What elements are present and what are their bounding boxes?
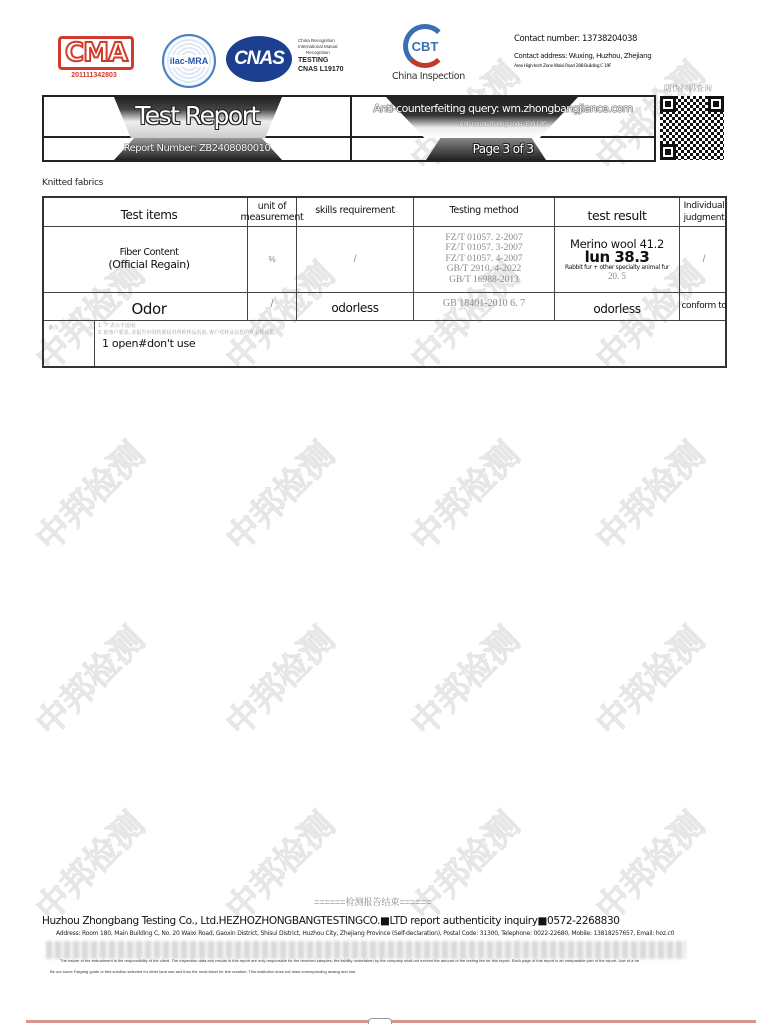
cnas-accreditation-text: China Recognition International Mutual R… [298,38,344,74]
footer-blurred-text [46,941,686,959]
odor-testing-method: GB 18401-2010 6. 7 [414,292,554,316]
cnas-mark: CNAS [234,48,284,70]
remark-note: 2. 依客户要求, 本报告中的结果仅对所检样品负责, 客户对样品信息的真实性负责… [98,330,279,337]
report-number: Report Number: ZB2408080010 [44,143,350,154]
footer-disclaimer: The nature of the entrustment is the res… [60,958,639,963]
watermark: 中邦检测 [23,429,154,560]
fiber-judgment: / [680,226,728,292]
contact-address-detail: Area High-tech Zone Waixi Road 288 Build… [514,64,651,69]
ilac-mra-logo: ilac-MRA [162,34,216,88]
contact-number: Contact number: 13738204038 [514,34,651,44]
end-of-report-mark: ======检测报告结束====== [314,895,431,908]
odor-test-result: odorless [555,295,679,323]
footer-company: Huzhou Zhongbang Testing Co., Ltd.HEZHOZ… [42,915,620,927]
cma-mark: CMA [58,36,134,70]
watermark: 中邦检测 [583,429,714,560]
watermark: 中邦检测 [398,429,529,560]
ilac-label: ilac-MRA [169,55,210,67]
odor-unit: / [247,292,297,316]
anti-counterfeit-code: Anti-counterfeiting code: EYU.20 [352,122,654,128]
report-title-block: Test Report Anti-counterfeiting query: w… [42,95,656,162]
watermark: 中邦检测 [213,429,344,560]
qr-finder [660,144,676,160]
header-judgment-line: Individual [684,200,725,212]
watermark: 中邦检测 [213,799,344,930]
header-testing-method: Testing method [414,196,554,224]
header-test-result: test result [555,201,679,229]
header-judgment-line: judgment [684,212,725,224]
odor-skills-requirement: odorless [297,294,413,322]
fiber-testing-methods: FZ/T 01057. 2-2007 FZ/T 01057. 3-2007 FZ… [414,226,554,292]
footer-address: Address: Room 180, Main Building C, No. … [56,930,674,937]
watermark: 中邦检测 [23,614,154,745]
report-title: Test Report [44,101,350,130]
method-standard: FZ/T 01057. 2-2007 [445,233,522,244]
cbt-mark: CBT [412,39,439,54]
fiber-test-result: Merino wool 41.2 lun 38.3 Rabbit fur + o… [555,226,679,292]
qr-finder [708,96,724,112]
cma-logo: CMA 201111342803 [58,36,130,79]
contact-info: Contact number: 13738204038 Contact addr… [514,34,651,69]
page-bottom-tab [368,1018,392,1024]
watermark: 中邦检测 [213,614,344,745]
cbt-caption: China Inspection [392,71,458,82]
header-test-items: Test items [44,201,254,229]
fiber-unit: % [247,226,297,292]
cnas-testing: TESTING [298,56,344,65]
method-standard: GB/T 2910. 4-2022 [447,264,522,275]
cma-number: 201111342803 [58,72,130,79]
table-row-fiber-content-item: Fiber Content (Official Regain) [44,226,254,292]
contact-address: Contact address: Wuxing, Huzhou, Zhejian… [514,52,651,60]
remarks-label: 备注: [48,324,59,331]
test-results-table: Test items unit of measurement skills re… [42,196,727,368]
table-row-odor-item: Odor [44,295,254,323]
sample-category: Knitted fabrics [42,178,103,188]
result-rabbit-fur: Rabbit fur + other specialty animal fur [565,264,669,271]
method-standard: FZ/T 01057. 3-2007 [445,243,522,254]
page-indicator: Page 3 of 3 [352,142,654,156]
accreditation-logos: CMA 201111342803 ilac-MRA CNAS China Rec… [58,24,728,90]
result-rabbit-value: 20. 5 [608,271,626,281]
item-subtitle: (Official Regain) [108,259,189,271]
remarks-annotation: 1 open#don't use [102,337,195,350]
qr-code[interactable] [660,96,724,160]
qr-caption: 防伪扫码查询 [664,83,712,94]
cnas-logo: CNAS [226,36,292,82]
watermark: 中邦检测 [398,799,529,930]
remarks-notes: 1. "/" 表示不适用; 2. 依客户要求, 本报告中的结果仅对所检样品负责,… [98,323,279,337]
watermark: 中邦检测 [23,799,154,930]
remark-note: 1. "/" 表示不适用; [98,323,279,330]
header-individual-judgment: Individual judgment [680,198,728,226]
result-lun: lun 38.3 [585,251,650,264]
fiber-skills-requirement: / [297,226,413,292]
method-standard: GB/T 16988-2013 [449,275,519,286]
watermark: 中邦检测 [398,614,529,745]
method-standard: FZ/T 01057. 4-2007 [445,254,522,265]
footer-disclaimer: Be our some Faigang guide or fied soluti… [50,969,356,974]
odor-judgment: conform to [680,292,728,320]
qr-finder [660,96,676,112]
cnas-code: CNAS L19170 [298,65,344,74]
watermark: 中邦检测 [583,799,714,930]
anti-counterfeit-query: Anti-counterfeiting query: wm.zhongbangj… [352,102,654,115]
watermark: 中邦检测 [583,614,714,745]
header-skills-requirement: skills requirement [297,196,413,224]
cbt-logo: CBT China Inspection [392,24,458,82]
